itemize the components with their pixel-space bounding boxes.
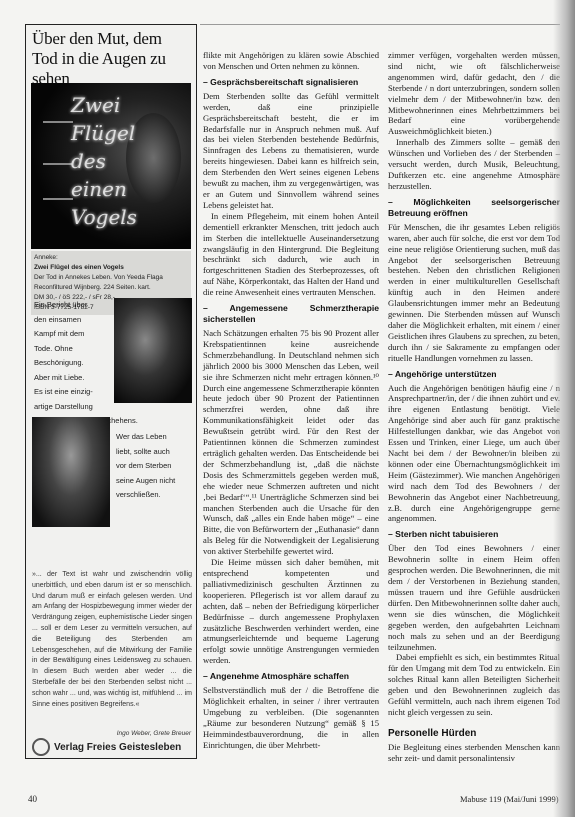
- cover-decoration: [43, 121, 73, 123]
- paragraph: Über den Tod eines Bewohners / einer Bew…: [388, 543, 560, 652]
- paragraph: flikte mit Angehörigen zu klären sowie A…: [203, 50, 379, 72]
- article-column-left: flikte mit Angehörigen zu klären sowie A…: [203, 50, 379, 751]
- publisher-logo-icon: [32, 738, 50, 756]
- section-heading: – Angemessene Schmerztherapie sicherstel…: [203, 303, 379, 325]
- issue-reference: Mabuse 119 (Mai/Juni 1999): [460, 794, 559, 804]
- ad-photo-2: [32, 417, 110, 527]
- paragraph: Selbstverständlich muß der / die Betroff…: [203, 685, 379, 750]
- paragraph: In einem Pflegeheim, mit einem hohen Ant…: [203, 211, 379, 298]
- book-title: Zwei Flügel des einen Vogels: [34, 263, 188, 273]
- section-heading: Personelle Hürden: [388, 728, 560, 739]
- cover-decoration: [43, 163, 73, 165]
- article-column-right: zimmer verfügen, vorgehalten werden müss…: [388, 50, 560, 764]
- paragraph: zimmer verfügen, vorgehalten werden müss…: [388, 50, 560, 137]
- ad-photo-1: [114, 298, 192, 403]
- section-heading: – Sterben nicht tabuisieren: [388, 529, 560, 540]
- section-heading: – Möglichkeiten seelsorgerischer Betreuu…: [388, 197, 560, 219]
- ad-blurb-2: Wer das Leben liebt, sollte auch vor dem…: [116, 430, 194, 503]
- paragraph: Für Menschen, die ihr gesamtes Leben rel…: [388, 222, 560, 364]
- section-heading: – Angehörige unterstützen: [388, 369, 560, 380]
- paragraph: Auch die Angehörigen benötigen häufig ei…: [388, 383, 560, 525]
- publisher: Verlag Freies Geistesleben: [32, 738, 192, 756]
- page-number: 40: [28, 794, 37, 804]
- paragraph: Die Heime müssen sich daher bemühen, mit…: [203, 557, 379, 666]
- cover-title: Zwei Flügel des einen Vogels: [71, 91, 137, 231]
- book-author: Anneke:: [34, 253, 188, 263]
- paragraph: Dabei empfiehlt es sich, ein bestimmtes …: [388, 652, 560, 717]
- scan-binding-shadow: [553, 0, 575, 817]
- header-rule: [200, 24, 560, 25]
- book-subtitle: Der Tod in Annekes Leben. Von Yeeda Flag…: [34, 273, 188, 283]
- book-cover-image: Zwei Flügel des einen Vogels: [31, 83, 191, 249]
- quote-author: Ingo Weber, Grete Breuer: [86, 730, 191, 737]
- publisher-name: Verlag Freies Geistesleben: [54, 742, 181, 753]
- section-heading: – Gesprächsbereitschaft signalisieren: [203, 77, 379, 88]
- paragraph: Nach Schätzungen erhalten 75 bis 90 Proz…: [203, 328, 379, 557]
- magazine-page: Über den Mut, dem Tod in die Augen zu se…: [0, 0, 575, 817]
- book-advertisement: Über den Mut, dem Tod in die Augen zu se…: [25, 24, 197, 759]
- section-heading: – Angenehme Atmosphäre schaffen: [203, 671, 379, 682]
- paragraph: Die Begleitung eines sterbenden Menschen…: [388, 742, 560, 764]
- ad-headline: Über den Mut, dem Tod in die Augen zu se…: [32, 29, 190, 89]
- ad-blurb-1: Ein Bericht über den einsamen Kampf mit …: [34, 298, 114, 429]
- paragraph: Dem Sterbenden sollte das Gefühl vermitt…: [203, 91, 379, 211]
- ad-quote: »... der Text ist wahr und zwischendrin …: [32, 570, 192, 710]
- book-details: Reconfiltured Wijnberg. 224 Seiten. kart…: [34, 283, 188, 293]
- paragraph: Innerhalb des Zimmers sollte – gemäß den…: [388, 137, 560, 192]
- cover-decoration: [43, 198, 73, 200]
